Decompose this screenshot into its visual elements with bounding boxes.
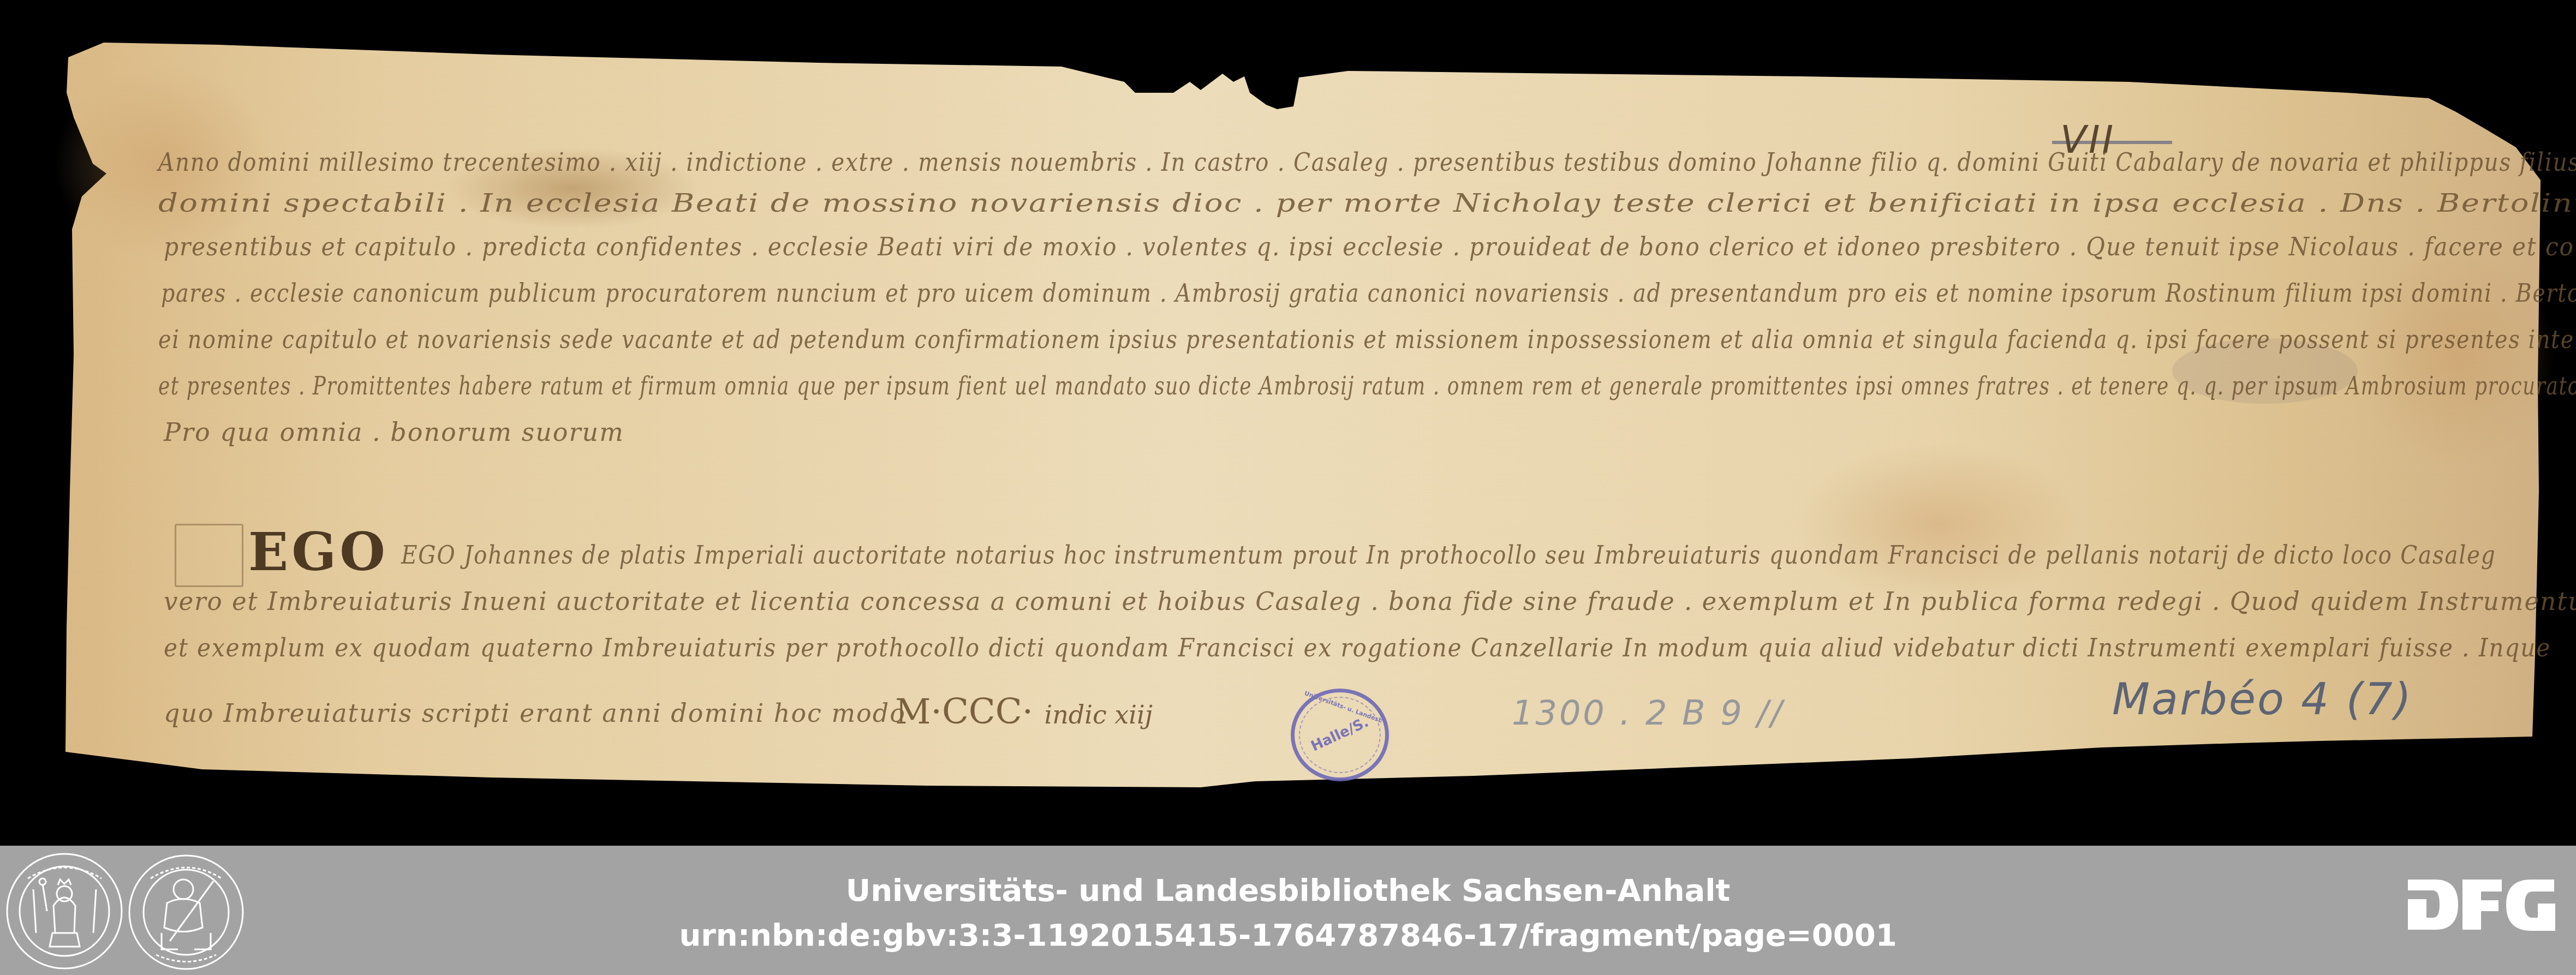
manuscript-line-6: et presentes . Promittentes habere ratum… [158, 371, 2576, 400]
urn-identifier: urn:nbn:de:gbv:3:3-1192015415-1764787846… [0, 918, 2576, 953]
manuscript-line-11: quo Imbreuiaturis scripti erant anni dom… [164, 698, 906, 728]
manuscript-line-5: ei nomine capitulo et novariensis sede v… [158, 325, 2576, 354]
institution-name: Universitäts- und Landesbibliothek Sachs… [0, 873, 2576, 908]
library-stamp: Universitäts- u. Landesbibliothek Halle/… [1291, 689, 1389, 781]
dating-clause: M·CCC· indic xiij [895, 692, 1153, 732]
manuscript-line-7: Pro qua omnia . bonorum suorum [164, 417, 624, 447]
manuscript-line-1: Anno domini millesimo trecentesimo . xii… [158, 147, 2576, 177]
image-viewport: VII Anno domini millesimo trecentesimo .… [0, 0, 2576, 846]
manuscript-line-10: et exemplum ex quodam quaterno Imbreuiat… [164, 633, 2551, 662]
manuscript-line-8: EGO Johannes de platis Imperiali auctori… [401, 540, 2496, 570]
manuscript-line-4: pares . ecclesie canonicum publicum proc… [161, 278, 2576, 308]
university-seals-logo [3, 851, 249, 971]
manuscript-line-3: presentibus et capitulo . predicta confi… [164, 232, 2576, 261]
footer-bar: Universitäts- und Landesbibliothek Sachs… [0, 846, 2576, 975]
notarial-sign [175, 524, 243, 587]
manuscript-line-2: domini spectabili . In ecclesia Beati de… [158, 188, 2576, 218]
dfg-logo-icon [2408, 878, 2556, 931]
shelfmark-annotation: Marbéo 4 (7) [2112, 674, 2413, 725]
dating-year: M·CCC· [895, 692, 1033, 732]
decorated-initial: EGO [248, 521, 389, 583]
dating-indiction: indic xiij [1044, 700, 1153, 729]
pencil-date-annotation: 1300 . 2 B 9 // [1512, 693, 1784, 733]
manuscript-line-9: vero et Imbreuiaturis Inueni auctoritate… [164, 587, 2576, 616]
